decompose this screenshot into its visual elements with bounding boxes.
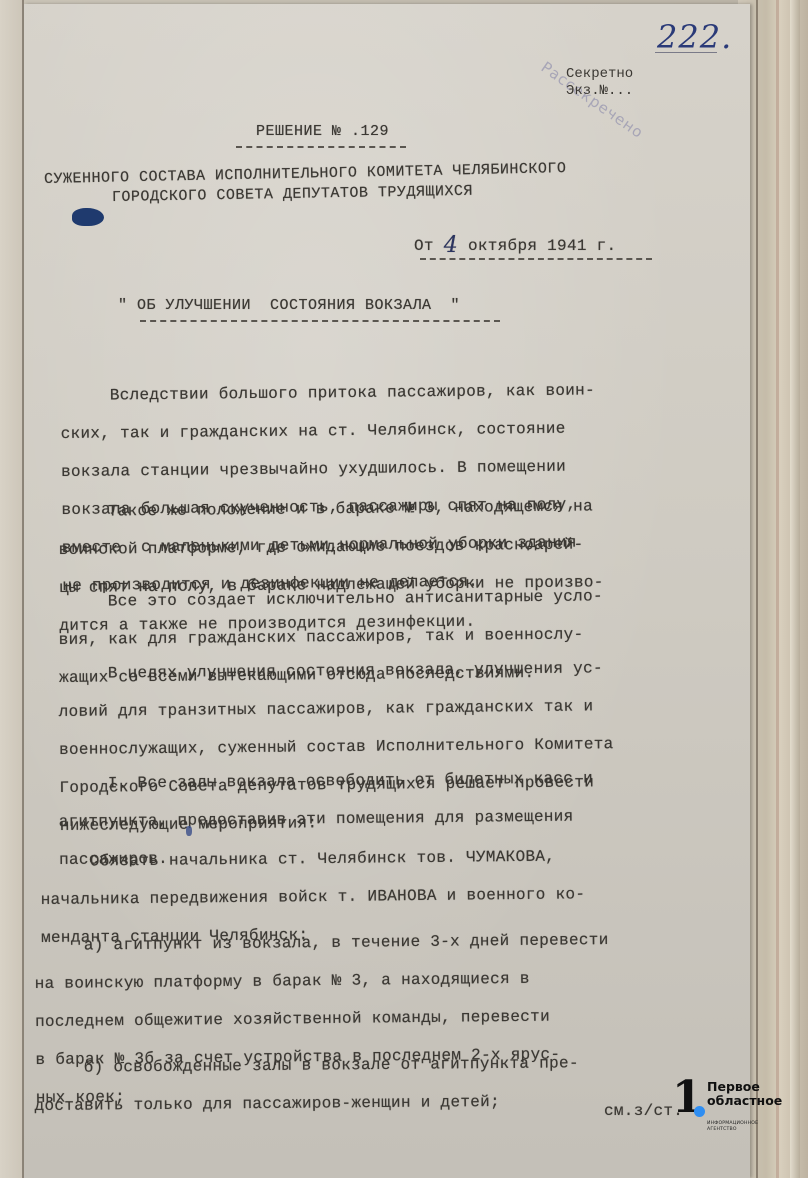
text-line: последнем общежитие хозяйственной команд… <box>35 1007 609 1032</box>
adjacent-page-edge <box>0 0 24 1178</box>
page-edge-line <box>790 0 800 1178</box>
text-line: доставить только для пассажиров-женщин и… <box>34 1092 579 1116</box>
text-line: Обязать начальника ст. Челябинск тов. ЧУ… <box>40 847 585 872</box>
text-line: В целях улучшения состояния вокзала, улу… <box>58 659 613 684</box>
text-line: ских, так и гражданских на ст. Челябинск… <box>61 419 596 444</box>
item-b: б) освобожденные залы в вокзале от агитп… <box>34 1035 579 1135</box>
logo-subtitle-line-2: АГЕНТСТВО <box>707 1127 737 1132</box>
copy-number: Экз.№... <box>566 83 633 99</box>
subject-underline <box>140 320 500 322</box>
logo-dot-icon <box>694 1106 705 1117</box>
date-prefix: От <box>414 237 434 255</box>
text-line: Такое же положение и в бараке № 3, наход… <box>58 497 603 522</box>
classification-label: Секретно <box>566 66 633 82</box>
ink-blot <box>72 208 104 226</box>
title-underline <box>236 146 406 148</box>
date-day-handwritten: 4 <box>444 233 458 258</box>
text-line: на воинскую платформу в барак № 3, а нах… <box>35 969 609 994</box>
agency-watermark-logo: 1 Первое областное ИНФОРМАЦИОННОЕ АГЕНТС… <box>672 1076 802 1136</box>
logo-subtitle: ИНФОРМАЦИОННОЕ АГЕНТСТВО <box>707 1121 758 1133</box>
text-line: Все это создает исключительно антисанита… <box>58 587 603 612</box>
text-line: начальника передвижения войск т. ИВАНОВА… <box>41 885 586 910</box>
decision-subject: " ОБ УЛУЧШЕНИИ СОСТОЯНИЯ ВОКЗАЛА " <box>118 296 460 315</box>
folio-underline <box>655 52 717 53</box>
text-line: Вследствии большого притока пассажиров, … <box>60 381 595 406</box>
classification-block: Секретно Экз.№... <box>566 66 633 100</box>
date-month-year: октября 1941 г. <box>468 237 617 255</box>
folio-number: 222. <box>657 18 732 56</box>
logo-name: Первое областное <box>707 1080 782 1108</box>
page-edge-line <box>776 0 779 1178</box>
text-line: б) освобожденные залы в вокзале от агитп… <box>34 1054 579 1078</box>
logo-subtitle-line-1: ИНФОРМАЦИОННОЕ <box>707 1121 758 1126</box>
page-edge-line <box>756 0 758 1178</box>
decision-date: От 4 октября 1941 г. <box>414 234 616 256</box>
text-line: воинской платформе, где ожидающие поездо… <box>59 535 604 560</box>
logo-name-line-1: Первое <box>707 1079 760 1094</box>
date-underline <box>420 258 652 260</box>
text-line: а) агитпункт из вокзала, в течение 3-х д… <box>34 931 608 956</box>
logo-name-line-2: областное <box>707 1093 782 1108</box>
text-line: I. Все залы вокзала освободить от билетн… <box>58 769 593 794</box>
decision-title: РЕШЕНИЕ № .129 <box>256 122 389 141</box>
text-line: ловий для транзитных пассажиров, как гра… <box>59 697 614 722</box>
